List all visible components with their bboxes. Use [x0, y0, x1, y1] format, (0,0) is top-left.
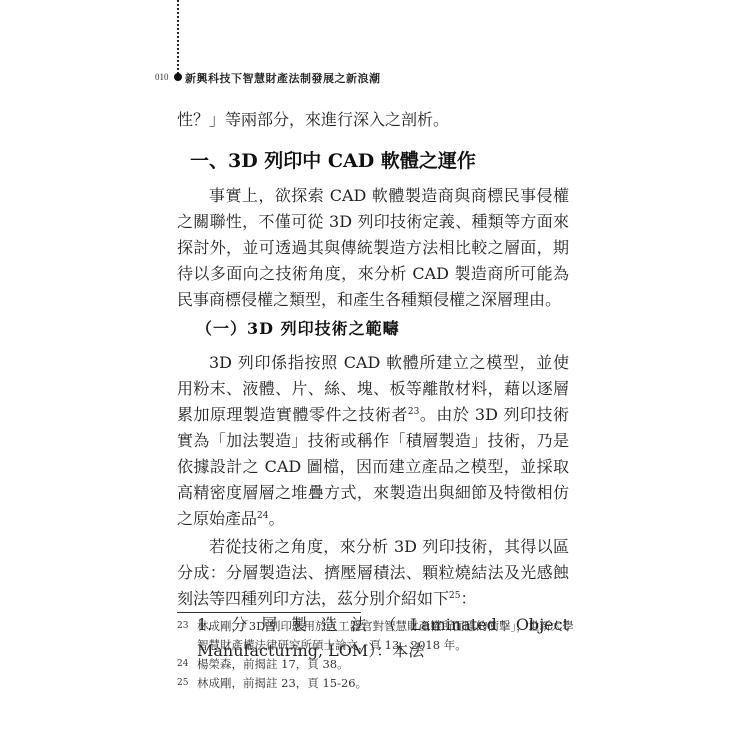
continuation-text: 性？」等兩部分，來進行深入之剖析。 — [177, 107, 569, 133]
subsection-title: （一）3D 列印技術之範疇 — [196, 316, 400, 339]
paragraph-3d-printing-definition: 3D 列印係指按照 CAD 軟體所建立之模型，並使用粉末、液體、片、絲、塊、板等… — [177, 350, 569, 532]
footnotes: 23 林成剛，「3D 列印應用於人工器官對智慧財產權所面臨的衝擊」，世新大學智慧… — [177, 617, 577, 693]
para2-text-b: ： — [460, 589, 476, 608]
paragraph-technique-types: 若從技術之角度，來分析 3D 列印技術，其得以區分成：分層製造法、擠壓層積法、顆… — [177, 534, 569, 612]
para2-text-a: 若從技術之角度，來分析 3D 列印技術，其得以區分成：分層製造法、擠壓層積法、顆… — [177, 537, 569, 608]
section-title: 一、3D 列印中 CAD 軟體之運作 — [190, 146, 476, 173]
footnote-ref-23[interactable]: 23 — [408, 407, 419, 417]
footnote-number: 23 — [177, 617, 197, 655]
footnote-ref-24[interactable]: 24 — [257, 511, 268, 521]
running-head: 新興科技下智慧財產法制發展之新浪潮 — [185, 70, 381, 86]
footnote-text: 楊榮森，前揭註 17，頁 38。 — [197, 655, 577, 674]
para1-text-c: 。 — [268, 509, 284, 528]
footnote-24: 24 楊榮森，前揭註 17，頁 38。 — [177, 655, 577, 674]
intro-paragraph: 事實上，欲探索 CAD 軟體製造商與商標民事侵權之關聯性，不僅可從 3D 列印技… — [177, 183, 569, 313]
continuation-line: 性？」等兩部分，來進行深入之剖析。 — [177, 107, 569, 133]
footnote-ref-25[interactable]: 25 — [449, 591, 460, 601]
page-number: 010 — [155, 72, 169, 82]
footnote-23: 23 林成剛，「3D 列印應用於人工器官對智慧財產權所面臨的衝擊」，世新大學智慧… — [177, 617, 577, 655]
footnote-text: 林成剛，「3D 列印應用於人工器官對智慧財產權所面臨的衝擊」，世新大學智慧財產權… — [197, 617, 577, 655]
footnote-number: 25 — [177, 674, 197, 693]
footnote-25: 25 林成剛，前揭註 23，頁 15-26。 — [177, 674, 577, 693]
margin-dotted-line — [177, 0, 179, 74]
footnote-text: 林成剛，前揭註 23，頁 15-26。 — [197, 674, 577, 693]
footnote-rule — [177, 612, 361, 613]
footnote-number: 24 — [177, 655, 197, 674]
intro-paragraph-block: 事實上，欲探索 CAD 軟體製造商與商標民事侵權之關聯性，不僅可從 3D 列印技… — [177, 183, 569, 313]
margin-bullet-dot — [174, 73, 182, 81]
